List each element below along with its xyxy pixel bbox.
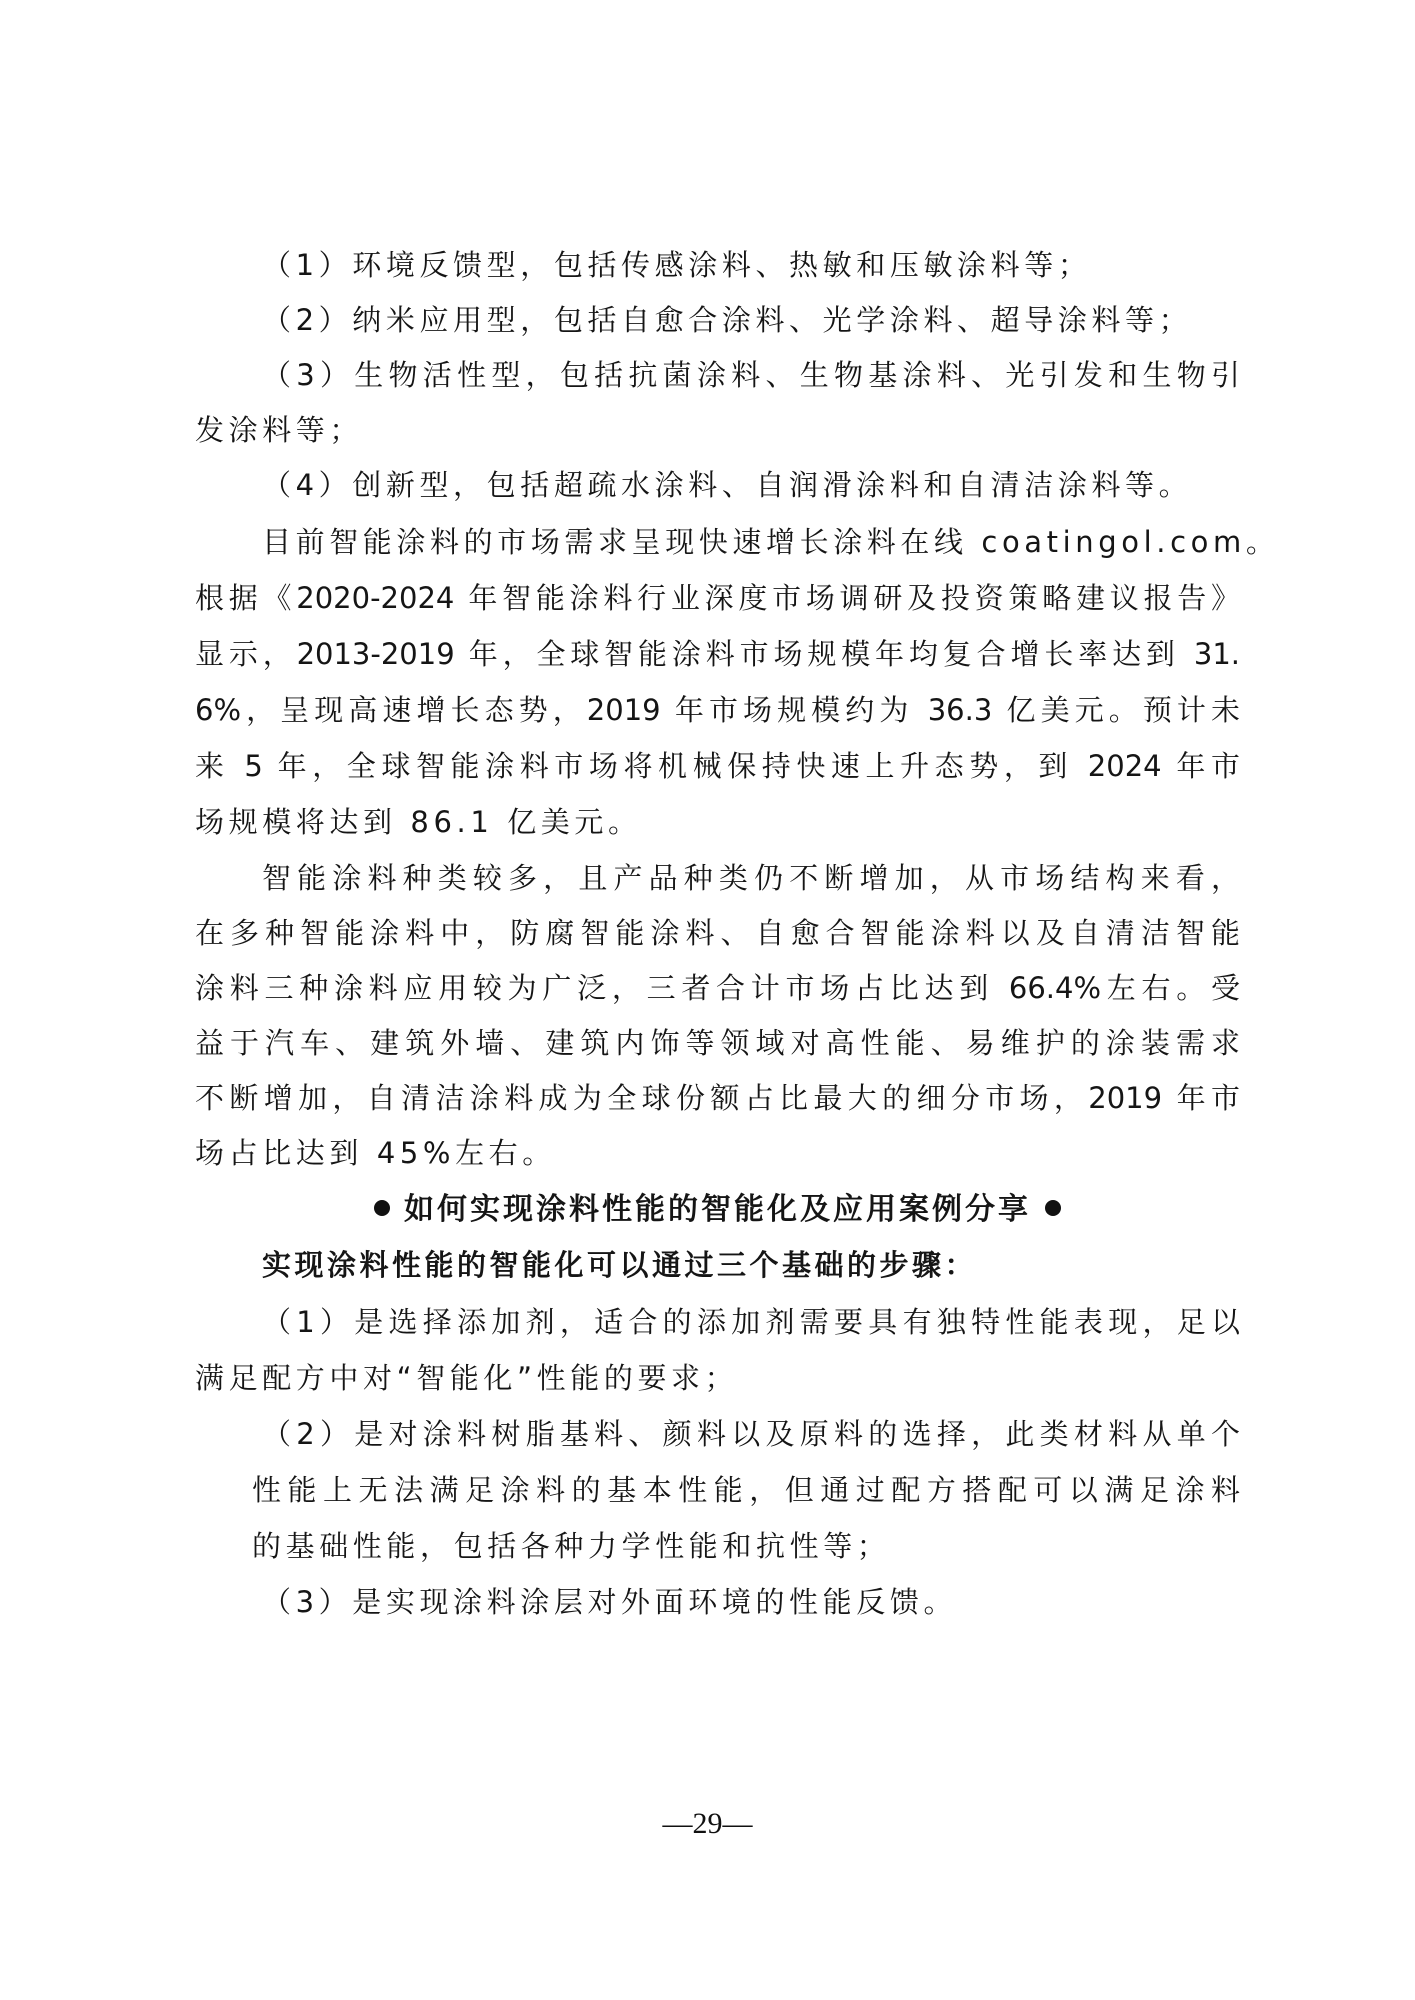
structure-paragraph-line-3: 涂料三种涂料应用较为广泛，三者合计市场占比达到 66.4%左右。受 bbox=[195, 968, 1240, 1008]
type-item-3-line-2: 发涂料等； bbox=[195, 410, 1240, 450]
market-paragraph-line-1: 目前智能涂料的市场需求呈现快速增长涂料在线 coatingol.com。 bbox=[262, 522, 1240, 562]
structure-paragraph-line-2: 在多种智能涂料中，防腐智能涂料、自愈合智能涂料以及自清洁智能 bbox=[195, 913, 1240, 953]
type-item-3-line-1: （3）生物活性型，包括抗菌涂料、生物基涂料、光引发和生物引 bbox=[262, 355, 1240, 395]
document-page: （1）环境反馈型，包括传感涂料、热敏和压敏涂料等； （2）纳米应用型，包括自愈合… bbox=[0, 0, 1415, 2000]
step-1-line-2: 满足配方中对“智能化”性能的要求； bbox=[195, 1358, 1240, 1398]
step-3: （3）是实现涂料涂层对外面环境的性能反馈。 bbox=[262, 1582, 1240, 1622]
step-1-line-1: （1）是选择添加剂，适合的添加剂需要具有独特性能表现，足以 bbox=[262, 1302, 1240, 1342]
section-heading: 如何实现涂料性能的智能化及应用案例分享 bbox=[195, 1190, 1240, 1230]
market-paragraph-line-6: 场规模将达到 86.1 亿美元。 bbox=[195, 802, 1240, 842]
structure-paragraph-line-4: 益于汽车、建筑外墙、建筑内饰等领域对高性能、易维护的涂装需求 bbox=[195, 1023, 1240, 1063]
bullet-icon bbox=[1045, 1200, 1061, 1216]
market-paragraph-line-2: 根据《2020-2024 年智能涂料行业深度市场调研及投资策略建议报告》 bbox=[195, 578, 1240, 618]
step-2-line-1: （2）是对涂料树脂基料、颜料以及原料的选择，此类材料从单个 bbox=[262, 1414, 1240, 1454]
type-item-1: （1）环境反馈型，包括传感涂料、热敏和压敏涂料等； bbox=[262, 245, 1240, 285]
bullet-icon bbox=[374, 1200, 390, 1216]
structure-paragraph-line-6: 场占比达到 45%左右。 bbox=[195, 1133, 1240, 1173]
page-number: —29— bbox=[0, 1806, 1415, 1842]
market-paragraph-line-3: 显示，2013-2019 年，全球智能涂料市场规模年均复合增长率达到 31. bbox=[195, 634, 1240, 674]
structure-paragraph-line-1: 智能涂料种类较多，且产品种类仍不断增加，从市场结构来看， bbox=[262, 858, 1240, 898]
steps-intro: 实现涂料性能的智能化可以通过三个基础的步骤： bbox=[262, 1245, 1240, 1285]
type-item-2: （2）纳米应用型，包括自愈合涂料、光学涂料、超导涂料等； bbox=[262, 300, 1240, 340]
market-paragraph-line-5: 来 5 年，全球智能涂料市场将机械保持快速上升态势，到 2024 年市 bbox=[195, 746, 1240, 786]
section-heading-text: 如何实现涂料性能的智能化及应用案例分享 bbox=[404, 1192, 1031, 1227]
step-2-line-3: 的基础性能，包括各种力学性能和抗性等； bbox=[252, 1526, 1297, 1566]
type-item-4: （4）创新型，包括超疏水涂料、自润滑涂料和自清洁涂料等。 bbox=[262, 465, 1240, 505]
market-paragraph-line-4: 6%，呈现高速增长态势，2019 年市场规模约为 36.3 亿美元。预计未 bbox=[195, 690, 1240, 730]
structure-paragraph-line-5: 不断增加，自清洁涂料成为全球份额占比最大的细分市场，2019 年市 bbox=[195, 1078, 1240, 1118]
step-2-line-2: 性能上无法满足涂料的基本性能，但通过配方搭配可以满足涂料 bbox=[252, 1470, 1240, 1510]
